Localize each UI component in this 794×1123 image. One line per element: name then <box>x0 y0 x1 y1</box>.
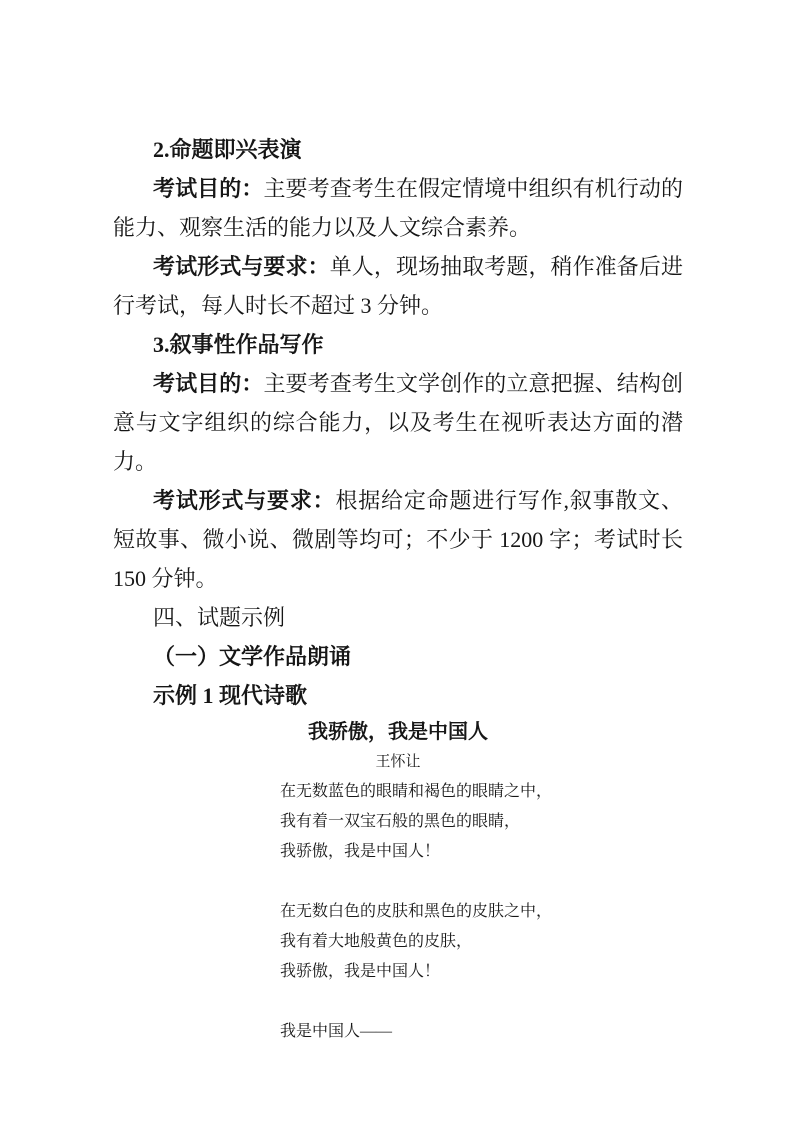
poem-stanza1-line2: 我有着一双宝石般的黑色的眼睛， <box>113 807 683 837</box>
section-2-format-label: 考试形式与要求： <box>153 254 330 279</box>
section-2-purpose-paragraph: 考试目的：主要考查考生在假定情境中组织有机行动的能力、观察生活的能力以及人文综合… <box>113 169 683 247</box>
poem-stanza1-line3: 我骄傲，我是中国人！ <box>113 837 683 867</box>
section-4-subsection-heading: （一）文学作品朗诵 <box>113 637 683 676</box>
poem-stanza2-line2: 我有着大地般黄色的皮肤， <box>113 927 683 957</box>
poem-author: 王怀让 <box>113 747 683 777</box>
stanza-separator <box>113 987 683 1017</box>
section-4-heading: 四、试题示例 <box>113 598 683 637</box>
stanza-separator <box>113 867 683 897</box>
poem-stanza2-line1: 在无数白色的皮肤和黑色的皮肤之中， <box>113 897 683 927</box>
poem-stanza1-line1: 在无数蓝色的眼睛和褐色的眼睛之中， <box>113 777 683 807</box>
section-3-format-label: 考试形式与要求： <box>153 488 335 513</box>
poem-block: 我骄傲，我是中国人 王怀让 在无数蓝色的眼睛和褐色的眼睛之中， 我有着一双宝石般… <box>113 717 683 1047</box>
section-3-heading: 3.叙事性作品写作 <box>113 325 683 364</box>
section-2-heading: 2.命题即兴表演 <box>113 130 683 169</box>
section-2-format-paragraph: 考试形式与要求：单人，现场抽取考题，稍作准备后进行考试，每人时长不超过 3 分钟… <box>113 247 683 325</box>
section-3-purpose-paragraph: 考试目的：主要考查考生文学创作的立意把握、结构创意与文字组织的综合能力，以及考生… <box>113 364 683 481</box>
poem-stanza2-line3: 我骄傲，我是中国人！ <box>113 957 683 987</box>
poem-title: 我骄傲，我是中国人 <box>113 717 683 747</box>
section-3-format-paragraph: 考试形式与要求：根据给定命题进行写作,叙事散文、短故事、微小说、微剧等均可；不少… <box>113 481 683 598</box>
section-2-purpose-label: 考试目的： <box>153 176 263 201</box>
poem-closing-line: 我是中国人—— <box>113 1017 683 1047</box>
section-3-purpose-label: 考试目的： <box>153 371 263 396</box>
exam-description-block: 2.命题即兴表演 考试目的：主要考查考生在假定情境中组织有机行动的能力、观察生活… <box>113 130 683 715</box>
example-1-label: 示例 1 现代诗歌 <box>113 676 683 715</box>
document-page: 2.命题即兴表演 考试目的：主要考查考生在假定情境中组织有机行动的能力、观察生活… <box>0 0 794 1123</box>
